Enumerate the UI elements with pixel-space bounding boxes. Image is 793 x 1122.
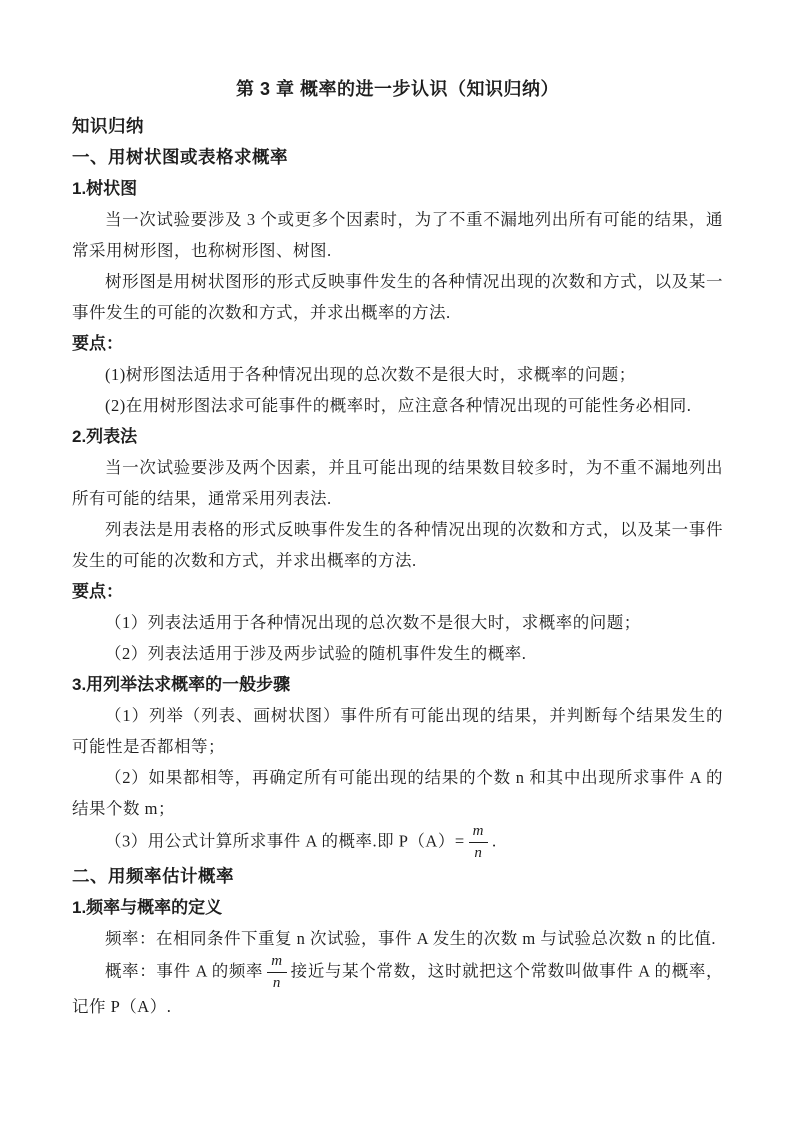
- paragraph: 频率：在相同条件下重复 n 次试验，事件 A 发生的次数 m 与试验总次数 n …: [72, 923, 723, 954]
- heading: 1.树状图: [72, 173, 723, 204]
- heading: 知识归纳: [72, 111, 723, 142]
- fraction-numerator: m: [469, 824, 488, 842]
- document-body: 知识归纳一、用树状图或表格求概率1.树状图当一次试验要涉及 3 个或更多个因素时…: [72, 111, 723, 1022]
- heading: 2.列表法: [72, 421, 723, 452]
- paragraph: (2)在用树形图法求可能事件的概率时，应注意各种情况出现的可能性务必相同.: [72, 390, 723, 421]
- paragraph: (1)树形图法适用于各种情况出现的总次数不是很大时，求概率的问题；: [72, 359, 723, 390]
- fraction-numerator: m: [267, 954, 286, 972]
- math-text: （3）用公式计算所求事件 A 的概率.即 P（A）=: [105, 831, 465, 850]
- heading: 一、用树状图或表格求概率: [72, 142, 723, 173]
- paragraph: （2）如果都相等，再确定所有可能出现的结果的个数 n 和其中出现所求事件 A 的…: [72, 762, 723, 824]
- paragraph-math: （3）用公式计算所求事件 A 的概率.即 P（A）=mn.: [72, 824, 723, 861]
- math-text: 概率：事件 A 的频率: [105, 961, 263, 980]
- heading: 3.用列举法求概率的一般步骤: [72, 669, 723, 700]
- heading: 要点：: [72, 576, 723, 607]
- heading: 1.频率与概率的定义: [72, 892, 723, 923]
- math-text: .: [492, 831, 497, 850]
- document-page: 第 3 章 概率的进一步认识（知识归纳） 知识归纳一、用树状图或表格求概率1.树…: [0, 0, 793, 1122]
- heading: 要点：: [72, 328, 723, 359]
- fraction: mn: [469, 824, 488, 861]
- fraction-denominator: n: [267, 972, 286, 991]
- paragraph: （2）列表法适用于涉及两步试验的随机事件发生的概率.: [72, 638, 723, 669]
- paragraph: 树形图是用树状图形的形式反映事件发生的各种情况出现的次数和方式，以及某一事件发生…: [72, 266, 723, 328]
- paragraph-math: 概率：事件 A 的频率mn接近与某个常数，这时就把这个常数叫做事件 A 的概率，…: [72, 954, 723, 1022]
- paragraph: （1）列举（列表、画树状图）事件所有可能出现的结果，并判断每个结果发生的可能性是…: [72, 700, 723, 762]
- document-title: 第 3 章 概率的进一步认识（知识归纳）: [72, 74, 723, 105]
- paragraph: （1）列表法适用于各种情况出现的总次数不是很大时，求概率的问题；: [72, 607, 723, 638]
- heading: 二、用频率估计概率: [72, 861, 723, 892]
- paragraph: 列表法是用表格的形式反映事件发生的各种情况出现的次数和方式，以及某一事件发生的可…: [72, 514, 723, 576]
- fraction-denominator: n: [469, 842, 488, 861]
- paragraph: 当一次试验要涉及 3 个或更多个因素时，为了不重不漏地列出所有可能的结果，通常采…: [72, 204, 723, 266]
- fraction: mn: [267, 954, 286, 991]
- paragraph: 当一次试验要涉及两个因素，并且可能出现的结果数目较多时，为不重不漏地列出所有可能…: [72, 452, 723, 514]
